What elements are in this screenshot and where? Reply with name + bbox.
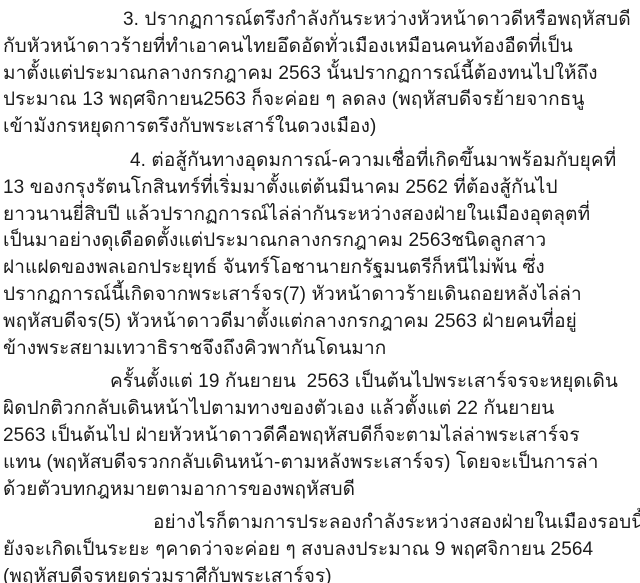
text-line: พฤหัสบดีจร(5) หัวหน้าดาวดีมาตั้งแต่กลางก… [3, 309, 638, 336]
text-line: ผิดปกติวกกลับเดินหน้าไปตามทางของตัวเอง แ… [3, 396, 638, 423]
paragraph-saturn-september: ครั้นตั้งแต่ 19 กันยายน 2563 เป็นต้นไปพร… [3, 369, 638, 503]
document-page: 3. ปรากฏการณ์ตรึงกำลังกันระหว่างหัวหน้าด… [0, 0, 640, 583]
paragraph-conclusion: อย่างไรก็ตามการประลองกำลังระหว่างสองฝ่าย… [3, 510, 638, 583]
text-line: ปรากฏการณ์นี้เกิดจากพระเสาร์จร(7) หัวหน้… [3, 282, 638, 309]
text-line: ยังจะเกิดเป็นระยะ ๆคาดว่าจะค่อย ๆ สงบลงป… [3, 537, 638, 564]
text-line: 4. ต่อสู้กันทางอุดมการณ์-ความเชื่อที่เกิ… [3, 148, 638, 175]
text-line: มาตั้งแต่ประมาณกลางกรกฎาคม 2563 นั้นปราก… [3, 61, 638, 88]
text-line: ด้วยตัวบทกฎหมายตามอาการของพฤหัสบดี [3, 477, 638, 504]
text-line: เป็นมาอย่างดุเดือดตั้งแต่ประมาณกลางกรกฎา… [3, 228, 638, 255]
paragraph-4: 4. ต่อสู้กันทางอุดมการณ์-ความเชื่อที่เกิ… [3, 148, 638, 362]
text-line: กับหัวหน้าดาวร้ายที่ทำเอาคนไทยอึดอัดทั่ว… [3, 34, 638, 61]
text-line: ฝาแฝดของพลเอกประยุทธ์ จันทร์โอชานายกรัฐม… [3, 255, 638, 282]
paragraph-3: 3. ปรากฏการณ์ตรึงกำลังกันระหว่างหัวหน้าด… [3, 7, 638, 141]
text-line: เข้ามังกรหยุดการตรึงกับพระเสาร์ในดวงเมือ… [3, 114, 638, 141]
text-line: ครั้นตั้งแต่ 19 กันยายน 2563 เป็นต้นไปพร… [3, 369, 638, 396]
text-line: แทน (พฤหัสบดีจรวกกลับเดินหน้า-ตามหลังพระ… [3, 450, 638, 477]
text-line: ประมาณ 13 พฤศจิกายน2563 ก็จะค่อย ๆ ลดลง … [3, 87, 638, 114]
text-line: ยาวนานยี่สิบปี แล้วปรากฏการณ์ไล่ล่ากันระ… [3, 202, 638, 229]
text-line: ข้างพระสยามเทวาธิราชจึงถึงคิวพากันโดนมาก [3, 336, 638, 363]
text-line: (พฤหัสบดีจรหยุดร่วมราศีกับพระเสาร์จร) [3, 564, 638, 583]
text-line: 2563 เป็นต้นไป ฝ่ายหัวหน้าดาวดีคือพฤหัสบ… [3, 423, 638, 450]
text-line: 3. ปรากฏการณ์ตรึงกำลังกันระหว่างหัวหน้าด… [3, 7, 638, 34]
text-line: 13 ของกรุงรัตนโกสินทร์ที่เริ่มมาตั้งแต่ต… [3, 175, 638, 202]
text-line: อย่างไรก็ตามการประลองกำลังระหว่างสองฝ่าย… [3, 510, 638, 537]
